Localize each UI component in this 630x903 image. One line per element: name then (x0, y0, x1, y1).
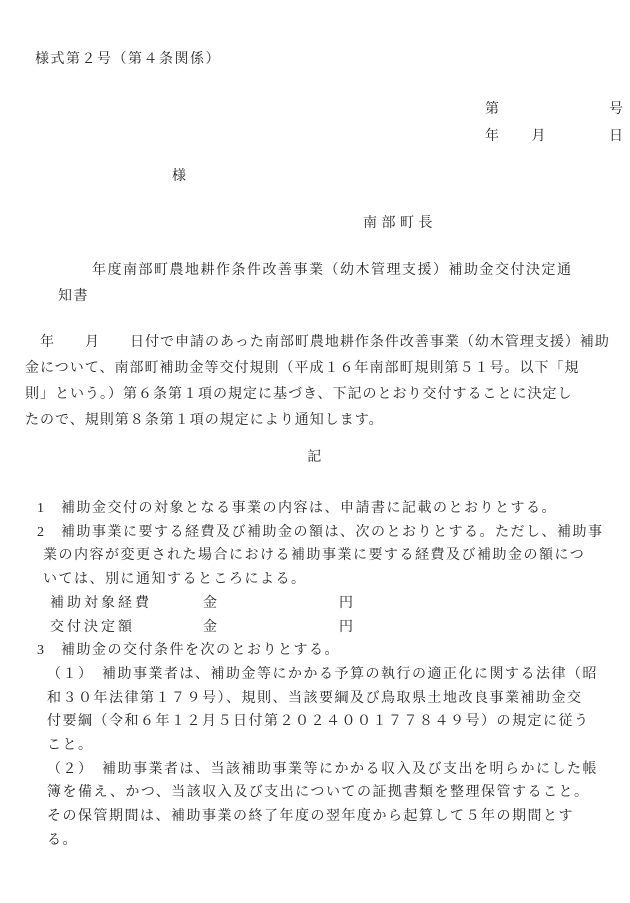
opening-paragraph-line-3: 則」という。）第６条第１項の規定に基づき、下記のとおり交付することに決定し (25, 386, 572, 403)
document-number-line: 第 号 (485, 101, 625, 118)
opening-paragraph-line-1: 年 月 日付で申請のあった南部町農地耕作条件改善事業（幼木管理支援）補助 (25, 334, 610, 351)
condition-1-line-3: 付要綱（令和６年１２月５日付第２０２４００１７７８４９号）の規定に従う (47, 713, 590, 730)
condition-2-line-2: 簿を備え、かつ、当該収入及び支出についての証拠書類を整理保管すること。 (47, 784, 590, 801)
item-1-line-1: 1 補助金交付の対象となる事業の内容は、申請書に記載のとおりとする。 (37, 500, 557, 517)
item-3-line-1: 3 補助金の交付条件を次のとおりとする。 (37, 642, 340, 659)
condition-2-line-4: る。 (47, 832, 78, 849)
condition-1-line-2: 和３０年法律第１７９号）、規則、当該要綱及び鳥取県土地改良事業補助金交 (47, 690, 583, 707)
document-page: 様式第２号（第４条関係） 第 号 年 月 日 様 南部町長 年度南部町農地耕作条… (0, 0, 630, 903)
opening-paragraph-line-2: 金について、南部町補助金等交付規則（平成１６年南部町規則第５１号。以下「規 (25, 360, 579, 377)
opening-paragraph-line-4: たので、規則第８条第１項の規定により通知します。 (25, 412, 384, 429)
item-2-line-3: いては、別に通知するところによる。 (43, 571, 307, 588)
grant-decision-amount-row: 交付決定額 金 円 (50, 619, 356, 636)
subsidy-target-expense-row: 補助対象経費 金 円 (50, 595, 356, 612)
item-2-line-1: 2 補助事業に要する経費及び補助金の額は、次のとおりとする。ただし、補助事 (37, 524, 604, 541)
item-2-line-2: 業の内容が変更された場合における補助事業に要する経費及び補助金の額につ (43, 547, 585, 564)
addressee-honorific: 様 (172, 168, 188, 185)
condition-1-line-1: （１） 補助事業者は、補助金等にかかる予算の執行の適正化に関する法律（昭 (47, 666, 598, 683)
title-line-2: 知書 (58, 288, 89, 305)
condition-2-line-3: その保管期間は、補助事業の終了年度の翌年度から起算して５年の期間とす (47, 808, 574, 825)
form-number: 様式第２号（第４条関係） (35, 51, 221, 68)
condition-1-line-4: こと。 (47, 737, 94, 754)
sender-title: 南部町長 (363, 215, 437, 232)
record-marker: 記 (25, 449, 605, 466)
date-line: 年 月 日 (485, 128, 625, 145)
condition-2-line-1: （２） 補助事業者は、当該補助事業等にかかる収入及び支出を明らかにした帳 (47, 761, 598, 778)
title-line-1: 年度南部町農地耕作条件改善事業（幼木管理支援）補助金交付決定通 (92, 262, 573, 279)
